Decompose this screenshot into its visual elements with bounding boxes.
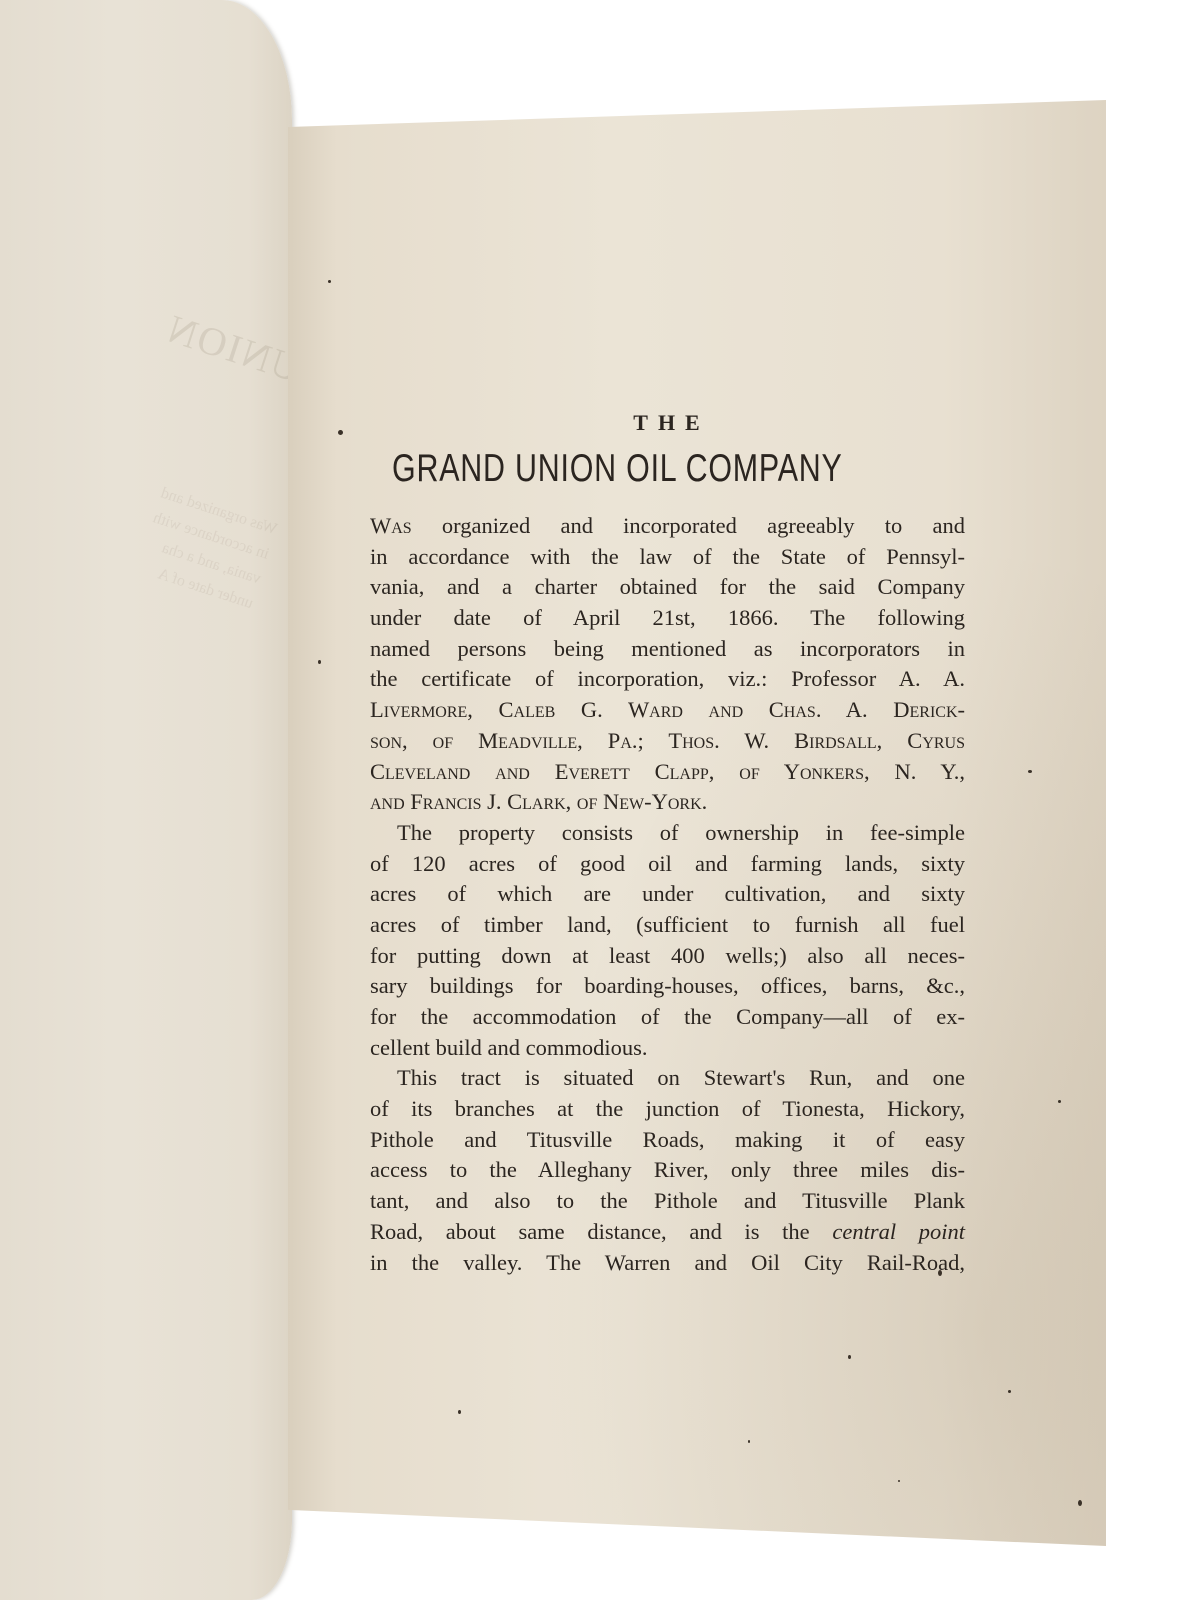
text-line: vania, and a charter obtained for the sa…: [370, 572, 965, 603]
foxing-speck: [458, 1410, 461, 1414]
foxing-speck: [848, 1355, 851, 1359]
text-line: of its branches at the junction of Tione…: [370, 1094, 965, 1125]
text-line: Cleveland and Everett Clapp, of Yonkers,…: [370, 757, 965, 788]
foxing-speck: [898, 1480, 900, 1482]
paragraph-property: The property consists of ownership in fe…: [370, 818, 965, 1064]
text-line: Livermore, Caleb G. Ward and Chas. A. De…: [370, 695, 965, 726]
bleed-through-text: Was organized and in accordance with van…: [30, 447, 281, 617]
text-line: son, of Meadville, Pa.; Thos. W. Birdsal…: [370, 726, 965, 757]
text-line: sary buildings for boarding-houses, offi…: [370, 971, 965, 1002]
paragraph-location: This tract is situated on Stewart's Run,…: [370, 1063, 965, 1278]
foxing-speck: [328, 280, 331, 283]
page-title: GRAND UNION OIL COMPANY: [392, 441, 839, 511]
page-text: THE GRAND UNION OIL COMPANY Was organize…: [370, 405, 965, 1278]
text-line: Pithole and Titusville Roads, making it …: [370, 1125, 965, 1156]
text-line: in accordance with the law of the State …: [370, 542, 965, 573]
text-line: for the accommodation of the Company—all…: [370, 1002, 965, 1033]
text-line: in the valley. The Warren and Oil City R…: [370, 1248, 965, 1279]
text-line: acres of timber land, (sufficient to fur…: [370, 910, 965, 941]
text-line: of 120 acres of good oil and farming lan…: [370, 849, 965, 880]
italic-phrase: central point: [832, 1219, 965, 1244]
foxing-speck: [1058, 1100, 1061, 1103]
foxing-speck: [1028, 770, 1032, 773]
text-segment: Road, about same distance, and is the: [370, 1219, 810, 1244]
text-line: The property consists of ownership in fe…: [370, 818, 965, 849]
text-line: and Francis J. Clark, of New-York.: [370, 787, 965, 818]
text-line: for putting down at least 400 wells;) al…: [370, 941, 965, 972]
left-page-blank: GRAND UNION Was organized and in accorda…: [0, 0, 292, 1600]
heading-the: THE: [378, 405, 965, 441]
foxing-speck: [318, 660, 321, 664]
text-line: tant, and also to the Pithole and Titusv…: [370, 1186, 965, 1217]
text-line: Was organized and incorporated agreeably…: [370, 511, 965, 542]
foxing-speck: [1008, 1390, 1011, 1393]
foxing-speck: [338, 430, 343, 435]
foxing-speck: [748, 1440, 750, 1443]
paragraph-incorporation: Was organized and incorporated agreeably…: [370, 511, 965, 818]
text-line: Road, about same distance, and is the ce…: [370, 1217, 965, 1248]
text-line: This tract is situated on Stewart's Run,…: [370, 1063, 965, 1094]
text-line: under date of April 21st, 1866. The foll…: [370, 603, 965, 634]
text-line: the certificate of incorporation, viz.: …: [370, 664, 965, 695]
text-line: acres of which are under cultivation, an…: [370, 879, 965, 910]
text-line: named persons being mentioned as incorpo…: [370, 634, 965, 665]
text-line: cellent build and commodious.: [370, 1033, 965, 1064]
text-line: access to the Alleghany River, only thre…: [370, 1155, 965, 1186]
foxing-speck: [1078, 1500, 1082, 1506]
